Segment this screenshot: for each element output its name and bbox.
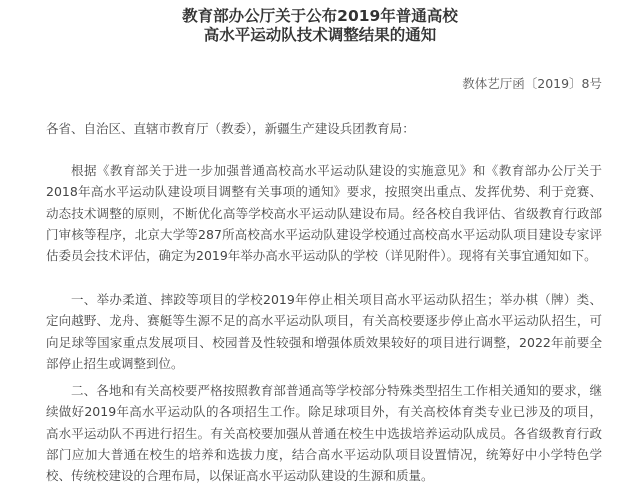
- paragraph-intro: 根据《教育部关于进一步加强普通高校高水平运动队建设的实施意见》和《教育部办公厅关…: [46, 160, 602, 266]
- paragraph-item-2: 二、各地和有关高校要严格按照教育部普通高等学校部分特殊类型招生工作相关通知的要求…: [46, 380, 602, 486]
- addressee-line: 各省、自治区、直辖市教育厅（教委），新疆生产建设兵团教育局：: [46, 119, 415, 137]
- document-title-line-2: 高水平运动队技术调整结果的通知: [0, 23, 640, 45]
- document-number: 教体艺厅函〔2019〕8号: [462, 74, 602, 92]
- paragraph-item-1: 一、举办柔道、摔跤等项目的学校2019年停止相关项目高水平运动队招生；举办棋（牌…: [46, 289, 602, 374]
